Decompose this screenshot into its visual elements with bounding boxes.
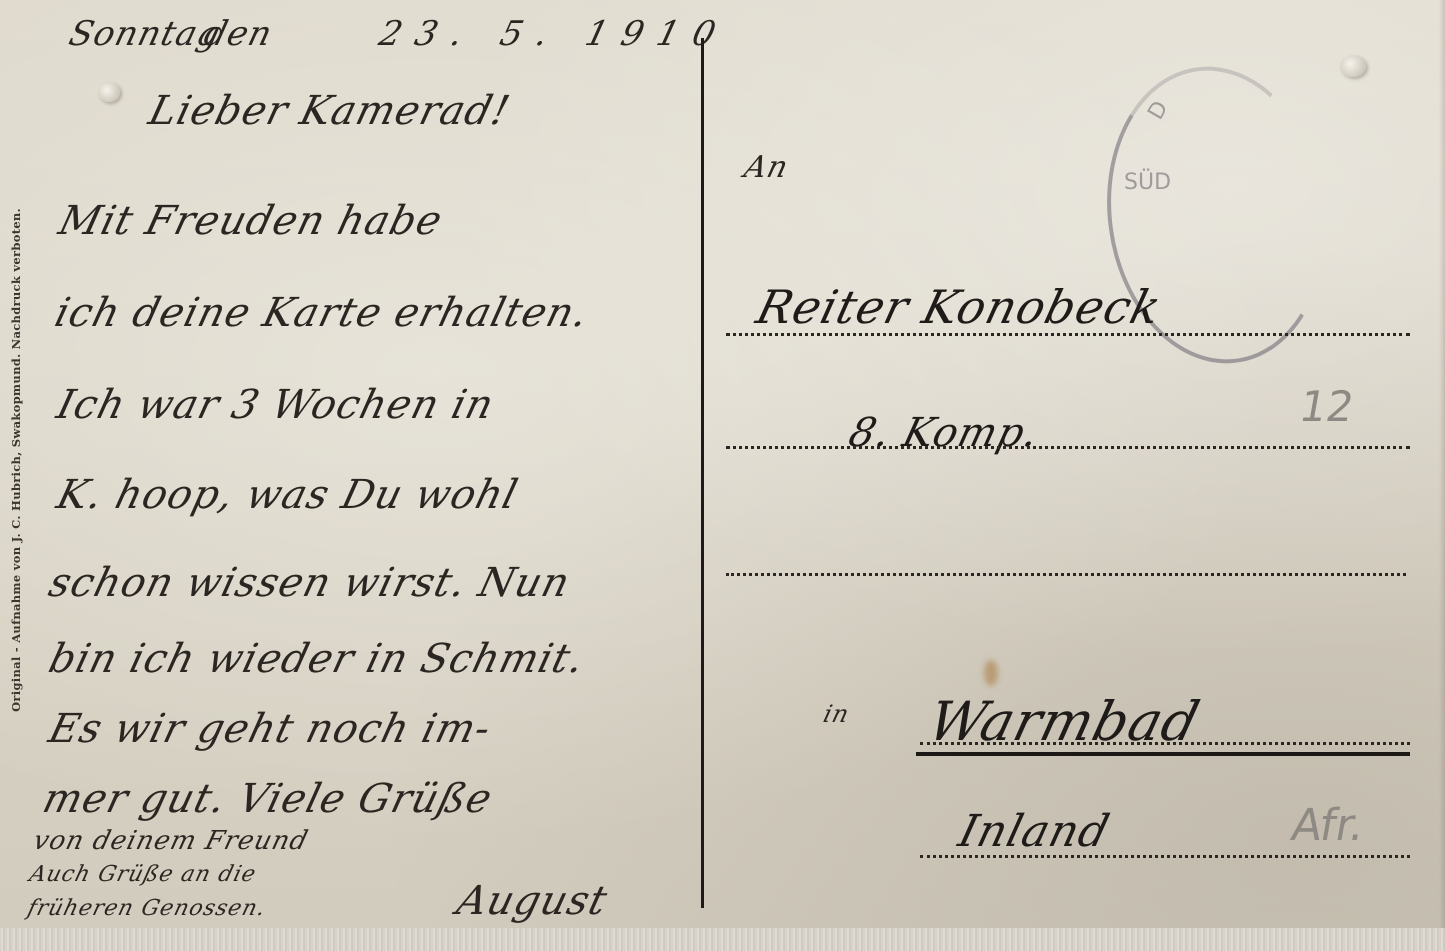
pencil-note: Afr. <box>1288 800 1369 851</box>
recipient-unit: 8. Komp. <box>844 410 1044 456</box>
message-line: bin ich wieder in Schmit. <box>44 636 589 682</box>
imprint-text: Original - Aufnahme von J. C. Hubrich, S… <box>9 208 23 712</box>
address-dotted-line <box>726 573 1406 576</box>
place-prefix: in <box>821 700 853 728</box>
postmark-text: SÜD <box>1124 170 1171 195</box>
message-line: Ich war 3 Wochen in <box>52 382 499 428</box>
background-fabric <box>0 928 1445 951</box>
salutation: Lieber Kamerad! <box>144 88 515 134</box>
card-edge <box>1439 0 1445 930</box>
printed-imprint: Original - Aufnahme von J. C. Hubrich, S… <box>4 80 28 840</box>
ink-stain <box>984 660 998 686</box>
embossed-mark-icon <box>1340 55 1366 77</box>
destination-region: Inland <box>954 806 1115 857</box>
message-line: K. hoop, was Du wohl <box>52 472 523 518</box>
message-line: ich deine Karte erhalten. <box>50 290 593 336</box>
dateline-den: den <box>200 14 277 54</box>
message-line: mer gut. Viele Grüße <box>38 776 497 822</box>
message-line: Es wir geht noch im- <box>44 706 496 752</box>
closing-line: früheren Genossen. <box>25 896 269 921</box>
address-dotted-line <box>920 855 1410 858</box>
message-line: Mit Freuden habe <box>54 198 447 244</box>
address-dotted-line <box>726 446 1410 449</box>
pencil-note: 12 <box>1296 382 1358 431</box>
postcard-back: Original - Aufnahme von J. C. Hubrich, S… <box>0 0 1445 930</box>
address-dotted-line <box>726 333 1410 336</box>
signature: August <box>452 878 612 924</box>
message-line: schon wissen wirst. Nun <box>44 560 575 606</box>
recipient-name: Reiter Konobeck <box>751 280 1167 334</box>
center-divider-line <box>701 38 704 908</box>
town-underline <box>916 752 1410 756</box>
closing-line: von deinem Freund <box>30 826 311 856</box>
address-prefix: An <box>741 150 793 185</box>
embossed-mark-icon <box>98 82 120 102</box>
dateline-date: 23. 5. 1910 <box>375 14 734 54</box>
address-dotted-line <box>920 742 1410 745</box>
closing-line: Auch Grüße an die <box>27 862 259 887</box>
